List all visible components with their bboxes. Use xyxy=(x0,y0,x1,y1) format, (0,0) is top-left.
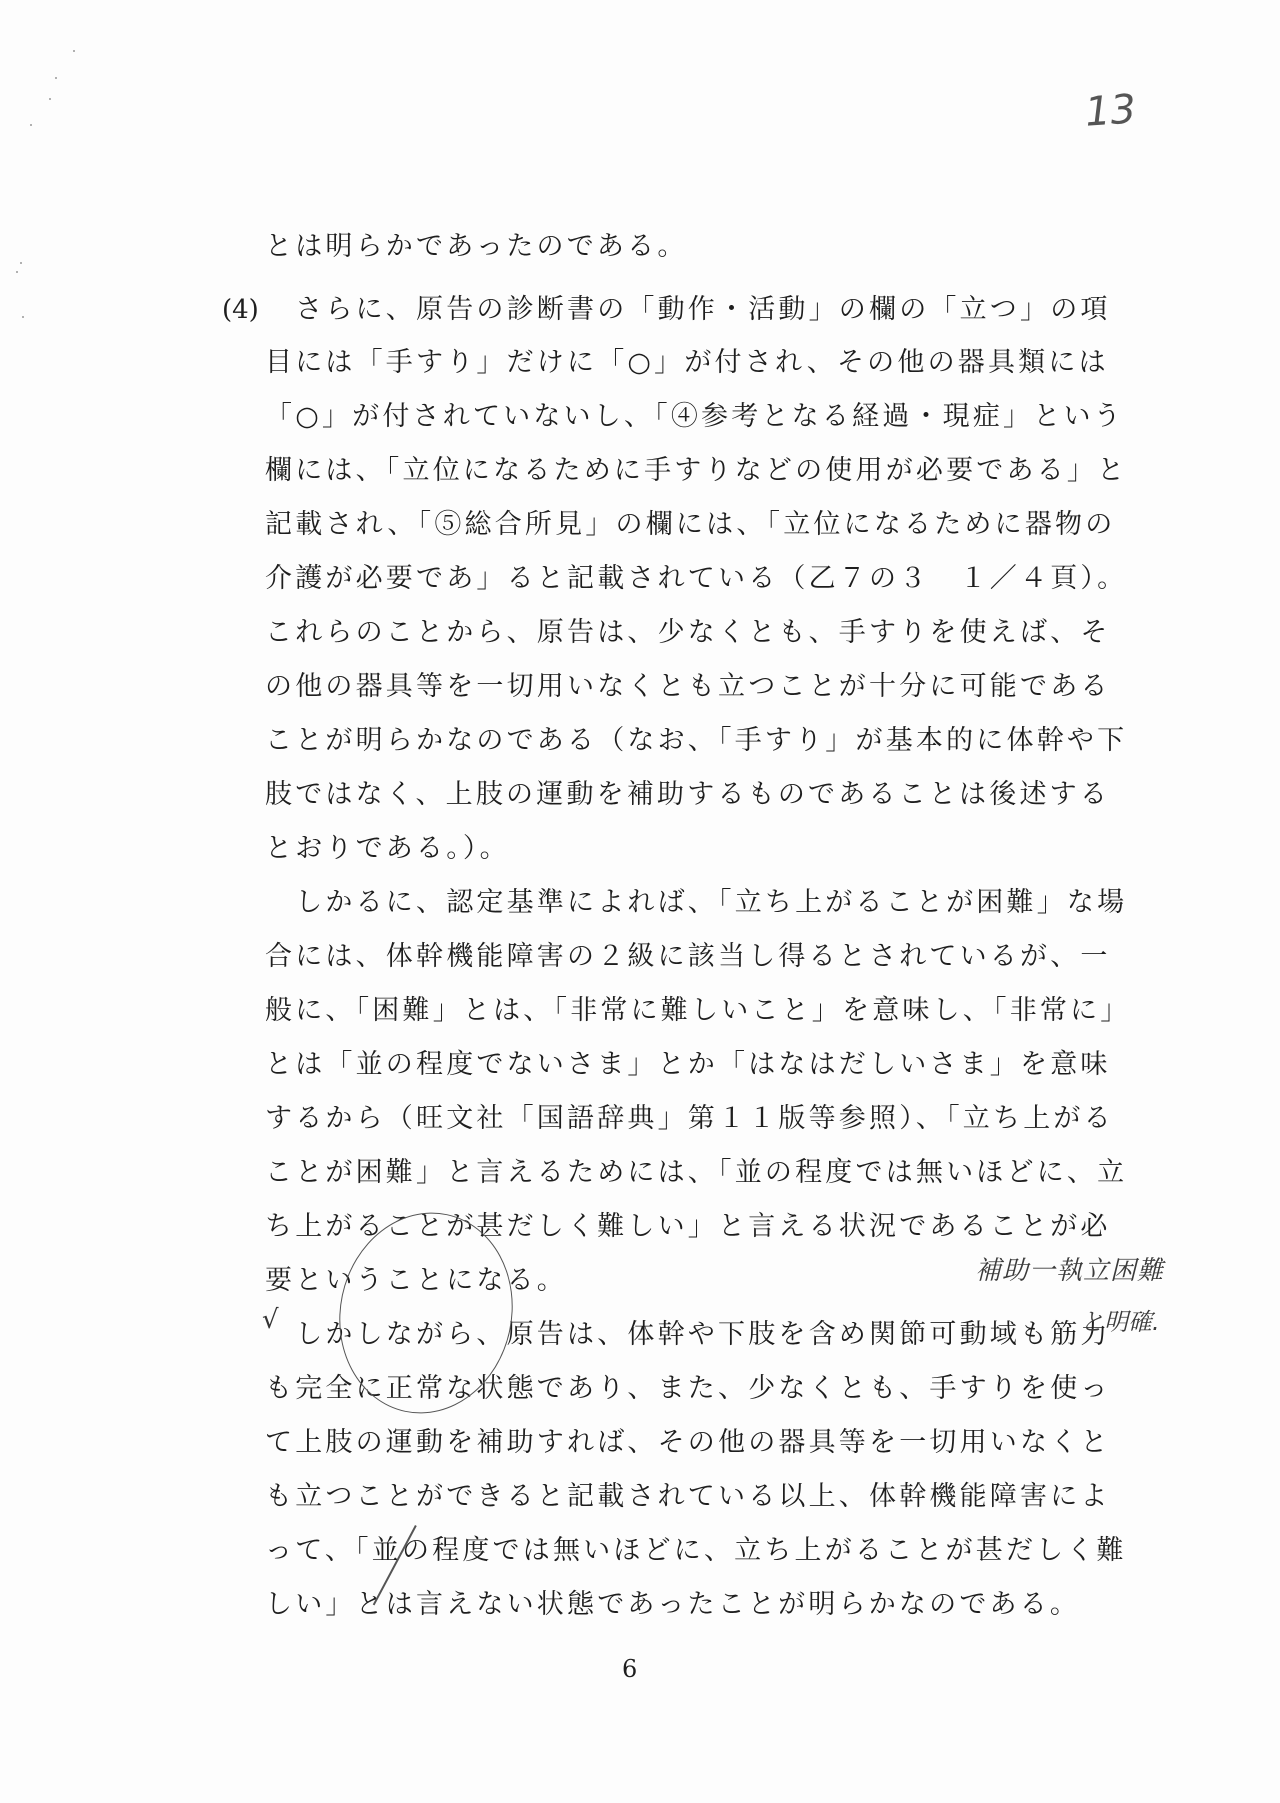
scan-speck xyxy=(55,77,57,79)
scan-speck xyxy=(20,262,22,264)
text-line-15: 般に、「困難」とは、「非常に難しいこと」を意味し、「非常に」 xyxy=(265,991,1085,1031)
text-line-18: ことが困難」と言えるためには、「並の程度では無いほどに、立 xyxy=(265,1153,1085,1193)
scan-speck xyxy=(16,271,18,273)
handwritten-margin-note: 補助一執立困難 xyxy=(975,1250,1164,1287)
text-line-8: これらのことから、原告は、少なくとも、手すりを使えば、そ xyxy=(265,613,1085,653)
text-line-17: するから（旺文社「国語辞典」第１１版等参照）、「立ち上がる xyxy=(265,1099,1085,1139)
text-line-3: 目には「手すり」だけに「○」が付され、その他の器具類には xyxy=(265,343,1085,383)
text-line-16: とは「並の程度でないさま」とか「はなはだしいさま」を意味 xyxy=(265,1045,1085,1085)
text-line-2: さらに、原告の診断書の「動作・活動」の欄の「立つ」の項 xyxy=(265,290,1085,330)
text-line-10: ことが明らかなのである（なお、「手すり」が基本的に体幹や下 xyxy=(265,721,1085,761)
handwritten-margin-note: と明確. xyxy=(1080,1302,1160,1337)
text-line-11: 肢ではなく、上肢の運動を補助するものであることは後述する xyxy=(265,775,1085,815)
text-line-25: って、「並の程度では無いほどに、立ち上がることが甚だしく難 xyxy=(265,1531,1085,1571)
text-line-4: 「○」が付されていないし、「④参考となる経過・現症」という xyxy=(265,397,1085,437)
scan-speck xyxy=(73,50,75,52)
page-number: 6 xyxy=(622,1655,637,1683)
scan-speck xyxy=(22,316,24,318)
text-line-9: の他の器具等を一切用いなくとも立つことが十分に可能である xyxy=(265,667,1085,707)
text-line-5: 欄には、「立位になるために手すりなどの使用が必要である」と xyxy=(265,451,1085,491)
handwritten-checkmark: √ xyxy=(262,1305,279,1335)
text-line-13: しかるに、認定基準によれば、「立ち上がることが困難」な場 xyxy=(265,883,1085,923)
text-line-1: とは明らかであったのである。 xyxy=(265,227,1085,267)
text-line-14: 合には、体幹機能障害の２級に該当し得るとされているが、一 xyxy=(265,937,1085,977)
section-marker: (4) xyxy=(222,290,259,330)
text-line-23: て上肢の運動を補助すれば、その他の器具等を一切用いなくと xyxy=(265,1423,1085,1463)
text-line-7: 介護が必要であ」ると記載されている（乙７の３ １／４頁）。 xyxy=(265,559,1085,599)
scan-speck xyxy=(49,98,51,100)
scan-speck xyxy=(30,124,32,126)
text-line-24: も立つことができると記載されている以上、体幹機能障害によ xyxy=(265,1477,1085,1517)
handwritten-page-ref: 13 xyxy=(1083,86,1137,135)
text-line-12: とおりである。）。 xyxy=(265,829,1085,869)
text-line-6: 記載され、「⑤総合所見」の欄には、「立位になるために器物の xyxy=(265,505,1085,545)
document-page: 13 (4) とは明らかであったのである。 さらに、原告の診断書の「動作・活動」… xyxy=(0,0,1280,1803)
text-line-26: しい」とは言えない状態であったことが明らかなのである。 xyxy=(265,1585,1085,1625)
